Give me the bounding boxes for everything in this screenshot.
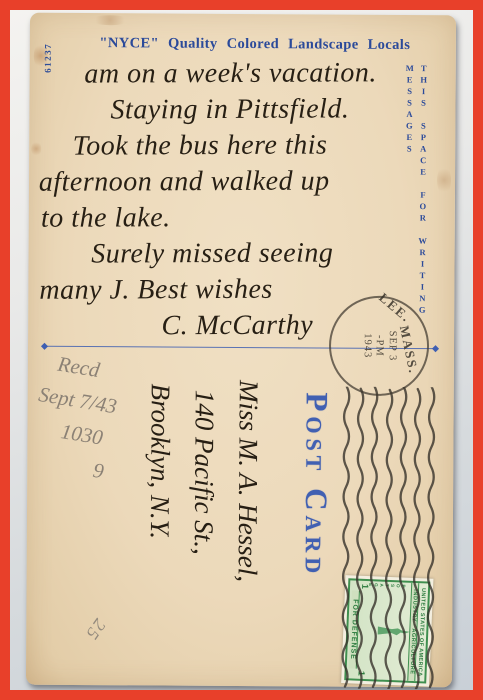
post-card-label: Post Card bbox=[298, 392, 335, 578]
message-line: afternoon and walked up bbox=[39, 165, 425, 203]
message-line: to the lake. bbox=[41, 201, 425, 239]
postmark-year-line: 1943 bbox=[360, 330, 373, 361]
pencil-received-note: Recd Sept 7/43 1030 9 bbox=[25, 345, 124, 488]
recipient-address: Miss M. A. Hessel, 140 Pacific St., Broo… bbox=[137, 379, 271, 690]
message-line: Took the bus here this bbox=[73, 129, 425, 167]
postmark-date: SEP 3 -PM 1943 bbox=[360, 330, 398, 361]
publisher-header: "NYCE" Quality Colored Landscape Locals bbox=[70, 35, 440, 54]
postmark-time-line: -PM bbox=[373, 331, 386, 362]
address-line-street: 140 Pacific St., bbox=[181, 390, 227, 690]
pencil-price-note: 25 bbox=[80, 615, 110, 645]
address-line-city: Brooklyn, N.Y. bbox=[137, 383, 183, 690]
divider-right-diamond bbox=[432, 345, 439, 352]
address-line-name: Miss M. A. Hessel, bbox=[225, 380, 271, 690]
pencil-note-line: 9 bbox=[91, 454, 109, 489]
cancellation-wavy-lines bbox=[332, 387, 460, 690]
red-border-frame: 61237 "NYCE" Quality Colored Landscape L… bbox=[0, 0, 483, 700]
message-line: am on a week's vacation. bbox=[84, 57, 424, 94]
postcard-back: 61237 "NYCE" Quality Colored Landscape L… bbox=[26, 13, 456, 688]
photo-background: 61237 "NYCE" Quality Colored Landscape L… bbox=[10, 10, 473, 690]
message-line: Surely missed seeing bbox=[91, 237, 425, 274]
postmark-circle: LEE. MASS. SEP 3 -PM 1943 bbox=[329, 296, 430, 397]
message-line: Staying in Pittsfield. bbox=[110, 93, 424, 130]
postmark-state: MASS. bbox=[395, 324, 421, 376]
postmark-date-line: SEP 3 bbox=[385, 331, 398, 362]
aging-spot bbox=[437, 165, 451, 195]
aging-spot bbox=[90, 15, 130, 25]
